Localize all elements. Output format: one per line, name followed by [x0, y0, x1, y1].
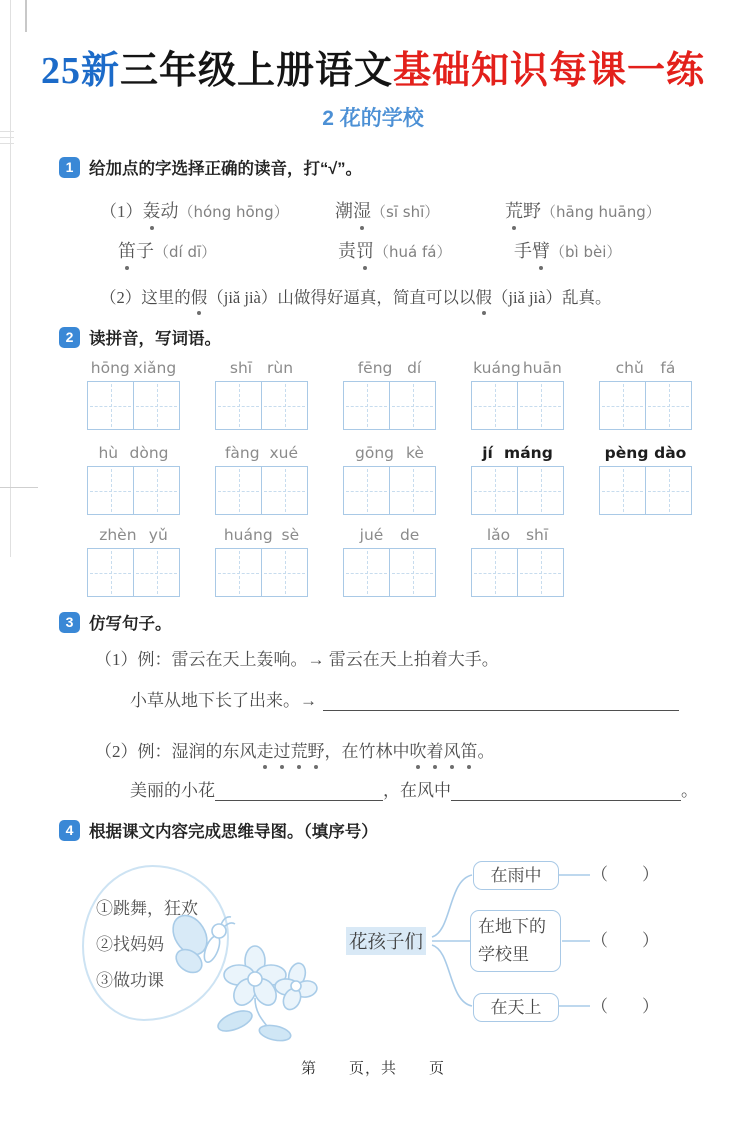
- pinyin-label: juéde: [343, 524, 436, 544]
- hanzi: 笛: [118, 237, 136, 263]
- reading-item: 责罚（huá fá）: [338, 237, 451, 263]
- writing-cell[interactable]: [389, 467, 435, 514]
- mindmap-node-2: 在地下的学校里: [470, 910, 561, 972]
- pinyin-word-group: fēngdí: [343, 357, 436, 430]
- emphasized-char: 野: [308, 737, 325, 762]
- writing-cell[interactable]: [88, 382, 133, 429]
- q1-row-1: （1）轰动（hóng hōng）潮湿（sī shī）荒野（hāng huāng）: [0, 197, 746, 227]
- pinyin-word-group: kuánghuān: [471, 357, 564, 430]
- writing-cell[interactable]: [472, 467, 517, 514]
- lesson-title: 2 花的学校: [0, 102, 746, 132]
- pinyin-syllable: pèng: [605, 444, 649, 462]
- emphasized-char: 风: [444, 737, 461, 762]
- pinyin-row: hōngxiǎngshīrùnfēngdíkuánghuānchǔfá: [87, 357, 692, 430]
- pinyin-word-group: gōngkè: [343, 442, 436, 515]
- reading-item: （1）轰动（hóng hōng）: [100, 197, 289, 223]
- writing-cell[interactable]: [344, 467, 389, 514]
- section-1-title: 给加点的字选择正确的读音，打“√”。: [89, 155, 362, 179]
- pinyin-label: huángsè: [215, 524, 308, 544]
- writing-cell[interactable]: [645, 467, 691, 514]
- emphasized-char: 假: [475, 284, 492, 308]
- mindmap-root: 花孩子们: [346, 927, 426, 955]
- writing-grid: [599, 381, 692, 430]
- pinyin-syllable: xiǎng: [134, 359, 177, 377]
- pinyin-syllable: jí: [482, 444, 493, 462]
- scan-artifact: [0, 137, 14, 138]
- bubble-options: ①跳舞，狂欢②找妈妈③做功课: [96, 891, 198, 999]
- title-series: 基础知识每课一练: [393, 50, 705, 92]
- title-grade: 三年级上册语文: [120, 50, 393, 92]
- writing-grid: [343, 548, 436, 597]
- pinyin-syllable: de: [400, 526, 419, 544]
- pinyin-syllable: kuáng: [473, 359, 520, 377]
- q1-sentence: （2）这里的假（jiǎ jià）山做得好逼真，简直可以以假（jiǎ jià）乱真…: [100, 284, 611, 308]
- writing-cell[interactable]: [517, 467, 563, 514]
- q3-task-2-mid: ，在风中: [383, 776, 451, 801]
- section-2-title: 读拼音，写词语。: [89, 325, 221, 349]
- section-1-badge: 1: [59, 157, 80, 178]
- writing-grid: [215, 466, 308, 515]
- pinyin-label: fàngxué: [215, 442, 308, 462]
- scan-artifact: [25, 0, 27, 32]
- pinyin-syllable: fàng: [225, 444, 260, 462]
- writing-cell[interactable]: [389, 549, 435, 596]
- pinyin-label: chǔfá: [599, 357, 692, 377]
- emphasized-char: 过: [274, 737, 291, 762]
- section-4-badge: 4: [59, 820, 80, 841]
- writing-cell[interactable]: [88, 467, 133, 514]
- writing-grid: [599, 466, 692, 515]
- reading-item: 笛子（dí dī）: [118, 237, 216, 263]
- pinyin-syllable: shī: [230, 359, 252, 377]
- pinyin-label: fēngdí: [343, 357, 436, 377]
- writing-grid: [471, 381, 564, 430]
- answer-paren[interactable]: （ ）: [591, 928, 659, 954]
- q3-example-2: （2）例：湿润的东风走过荒野，在竹林中吹着风笛。: [95, 737, 495, 762]
- pinyin-label: shīrùn: [215, 357, 308, 377]
- q3-task-2-end: 。: [681, 776, 698, 801]
- pinyin-label: hùdòng: [87, 442, 180, 462]
- pinyin-word-group: juéde: [343, 524, 436, 597]
- pinyin-syllable: lǎo: [487, 526, 510, 544]
- pinyin-syllable: yǔ: [149, 526, 168, 544]
- pinyin-word-group: chǔfá: [599, 357, 692, 430]
- hanzi: 野: [523, 201, 541, 221]
- pinyin-syllable: hù: [98, 444, 118, 462]
- pinyin-label: zhènyǔ: [87, 524, 180, 544]
- mindmap-node-1: 在雨中: [473, 861, 559, 890]
- writing-cell[interactable]: [389, 382, 435, 429]
- hanzi: 臂: [532, 237, 550, 263]
- writing-cell[interactable]: [261, 467, 307, 514]
- writing-cell[interactable]: [216, 467, 261, 514]
- pinyin-syllable: huáng: [224, 526, 273, 544]
- pinyin-options: （bì bèi）: [550, 243, 621, 261]
- pinyin-label: pèngdào: [599, 442, 692, 462]
- text-segment: （jiǎ jià）乱真。: [492, 288, 612, 307]
- pinyin-options: （hāng huāng）: [541, 203, 661, 221]
- pinyin-syllable: shī: [526, 526, 548, 544]
- pinyin-label: hōngxiǎng: [87, 357, 180, 377]
- reading-item: 荒野（hāng huāng）: [505, 197, 661, 223]
- pinyin-options: （huá fá）: [374, 243, 451, 261]
- writing-cell[interactable]: [216, 382, 261, 429]
- pinyin-syllable: dào: [654, 444, 686, 462]
- writing-grid: [471, 466, 564, 515]
- answer-blank[interactable]: [215, 779, 383, 801]
- answer-blank[interactable]: [451, 779, 681, 801]
- emphasized-char: 笛: [461, 737, 478, 762]
- pinyin-syllable: xué: [270, 444, 299, 462]
- writing-grid: [215, 381, 308, 430]
- pinyin-syllable: kè: [406, 444, 424, 462]
- writing-cell[interactable]: [216, 549, 261, 596]
- writing-grid: [87, 548, 180, 597]
- hanzi: 轰: [143, 197, 161, 223]
- writing-cell[interactable]: [261, 382, 307, 429]
- pinyin-label: lǎoshī: [471, 524, 564, 544]
- emphasized-char: 假: [191, 284, 208, 308]
- writing-grid: [87, 381, 180, 430]
- writing-cell[interactable]: [517, 382, 563, 429]
- title-edition: 25新: [41, 50, 120, 92]
- worksheet-page: 25新三年级上册语文基础知识每课一练 2 花的学校 1 给加点的字选择正确的读音…: [0, 0, 746, 1122]
- q3-example-1: （1）例：雷云在天上轰响。→ 雷云在天上拍着大手。: [95, 645, 499, 670]
- pinyin-syllable: jué: [360, 526, 384, 544]
- q3-task-1-text: 小草从地下长了出来。→: [130, 686, 317, 711]
- pinyin-options: （hóng hōng）: [179, 203, 289, 221]
- hanzi: 湿: [353, 197, 371, 223]
- pinyin-syllable: dí: [407, 359, 421, 377]
- q3-task-2: 美丽的小花 ，在风中 。: [130, 776, 698, 801]
- pinyin-syllable: fēng: [358, 359, 393, 377]
- emphasized-char: 吹: [410, 737, 427, 762]
- text-segment: （jiǎ jià）山做得好逼真，简直可以以: [207, 288, 475, 307]
- section-3-badge: 3: [59, 612, 80, 633]
- option-item: ③做功课: [96, 963, 198, 999]
- scan-artifact: [0, 143, 14, 144]
- section-3-title: 仿写句子。: [89, 610, 172, 634]
- hanzi: 子: [136, 241, 154, 261]
- node-label: 在天上: [474, 994, 558, 1021]
- node-label: 在雨中: [474, 862, 558, 889]
- pinyin-syllable: sè: [282, 526, 300, 544]
- writing-cell[interactable]: [261, 549, 307, 596]
- pinyin-label: gōngkè: [343, 442, 436, 462]
- writing-cell[interactable]: [133, 549, 179, 596]
- page-footer: 第 页，共 页: [0, 1057, 746, 1078]
- answer-blank[interactable]: [323, 689, 679, 711]
- hanzi: 手: [514, 241, 532, 261]
- pinyin-word-group: pèngdào: [599, 442, 692, 515]
- section-4-title: 根据课文内容完成思维导图。（填序号）: [89, 818, 378, 842]
- writing-grid: [471, 548, 564, 597]
- leaf-icon: [215, 1007, 292, 1043]
- writing-cell[interactable]: [133, 382, 179, 429]
- hanzi: 动: [161, 201, 179, 221]
- q1-row-2: 笛子（dí dī）责罚（huá fá）手臂（bì bèi）: [0, 237, 746, 267]
- reading-item: 手臂（bì bèi）: [514, 237, 621, 263]
- pinyin-syllable: hōng: [91, 359, 130, 377]
- section-4-header: 4 根据课文内容完成思维导图。（填序号）: [59, 818, 378, 842]
- pinyin-syllable: fá: [660, 359, 675, 377]
- option-item: ①跳舞，狂欢: [96, 891, 198, 927]
- emphasized-char: 荒: [291, 737, 308, 762]
- answer-paren[interactable]: （ ）: [591, 862, 659, 888]
- pinyin-row: hùdòngfàngxuégōngkèjímángpèngdào: [87, 442, 692, 515]
- hanzi: 荒: [505, 197, 523, 223]
- text-segment: 。: [478, 742, 495, 761]
- writing-cell[interactable]: [517, 549, 563, 596]
- text-segment: （2）例：湿润的东风: [95, 742, 257, 761]
- flower-icon: [224, 946, 318, 1031]
- pinyin-syllable: máng: [504, 444, 553, 462]
- pinyin-syllable: gōng: [355, 444, 394, 462]
- writing-cell[interactable]: [472, 382, 517, 429]
- writing-cell[interactable]: [344, 549, 389, 596]
- pinyin-label: kuánghuān: [471, 357, 564, 377]
- section-2-badge: 2: [59, 327, 80, 348]
- writing-cell[interactable]: [645, 382, 691, 429]
- reading-item: 潮湿（sī shī）: [335, 197, 439, 223]
- writing-cell[interactable]: [600, 382, 645, 429]
- pinyin-options: （sī shī）: [371, 203, 439, 221]
- emphasized-char: 着: [427, 737, 444, 762]
- writing-cell[interactable]: [600, 467, 645, 514]
- hanzi: 罚: [356, 237, 374, 263]
- hanzi: 潮: [335, 201, 353, 221]
- writing-cell[interactable]: [88, 549, 133, 596]
- pinyin-syllable: huān: [523, 359, 562, 377]
- writing-cell[interactable]: [133, 467, 179, 514]
- text-segment: （2）这里的: [100, 288, 191, 307]
- section-2-header: 2 读拼音，写词语。: [59, 325, 221, 349]
- writing-grid: [343, 381, 436, 430]
- node-label: 在地下的: [478, 913, 560, 941]
- pinyin-syllable: zhèn: [99, 526, 136, 544]
- mindmap-node-3: 在天上: [473, 993, 559, 1022]
- q3-task-2-lead: 美丽的小花: [130, 776, 215, 801]
- pinyin-word-group: hōngxiǎng: [87, 357, 180, 430]
- pinyin-syllable: rùn: [267, 359, 293, 377]
- pinyin-label: jímáng: [471, 442, 564, 462]
- pinyin-word-group: huángsè: [215, 524, 308, 597]
- writing-grid: [87, 466, 180, 515]
- hanzi: 责: [338, 241, 356, 261]
- scan-artifact: [0, 487, 38, 488]
- node-label: 学校里: [478, 941, 560, 969]
- pinyin-row: zhènyǔhuángsèjuédelǎoshī: [87, 524, 564, 597]
- pinyin-word-group: zhènyǔ: [87, 524, 180, 597]
- answer-paren[interactable]: （ ）: [591, 994, 659, 1020]
- writing-cell[interactable]: [472, 549, 517, 596]
- section-3-header: 3 仿写句子。: [59, 610, 172, 634]
- section-1-header: 1 给加点的字选择正确的读音，打“√”。: [59, 155, 362, 179]
- pinyin-word-group: fàngxué: [215, 442, 308, 515]
- pinyin-word-group: shīrùn: [215, 357, 308, 430]
- item-prefix: （1）: [100, 202, 143, 221]
- emphasized-char: 走: [257, 737, 274, 762]
- text-segment: ，在竹林中: [325, 742, 410, 761]
- pinyin-word-group: lǎoshī: [471, 524, 564, 597]
- writing-grid: [215, 548, 308, 597]
- pinyin-word-group: jímáng: [471, 442, 564, 515]
- q3-task-1: 小草从地下长了出来。→: [130, 686, 679, 711]
- pinyin-syllable: chǔ: [616, 359, 644, 377]
- pinyin-word-group: hùdòng: [87, 442, 180, 515]
- writing-grid: [343, 466, 436, 515]
- page-title: 25新三年级上册语文基础知识每课一练: [0, 48, 746, 94]
- pinyin-syllable: dòng: [130, 444, 169, 462]
- writing-cell[interactable]: [344, 382, 389, 429]
- option-item: ②找妈妈: [96, 927, 198, 963]
- pinyin-options: （dí dī）: [154, 243, 216, 261]
